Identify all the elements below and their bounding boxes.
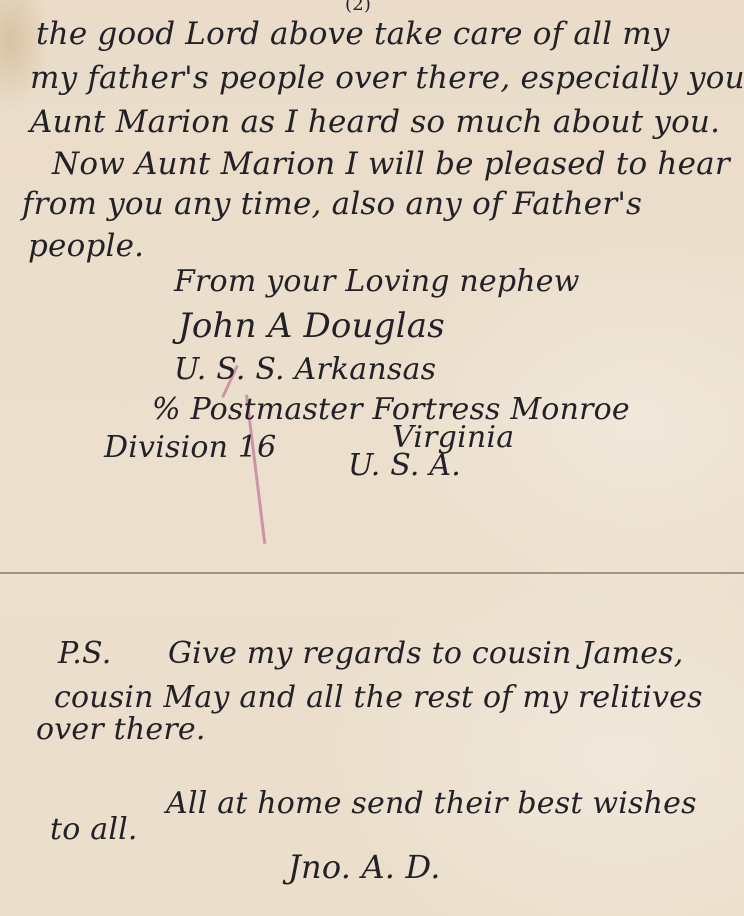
postscript-line: over there.: [36, 712, 206, 747]
postscript-label: P.S.: [58, 636, 168, 671]
wishes-line: All at home send their best wishes: [166, 786, 697, 821]
address-country: U. S. A.: [348, 448, 461, 483]
body-line: from you any time, also any of Father's: [22, 186, 642, 222]
fold-line: [0, 572, 744, 574]
postscript-line: cousin May and all the rest of my reliti…: [54, 680, 703, 715]
signature-name: John A Douglas: [178, 306, 445, 346]
body-line: the good Lord above take care of all my: [36, 16, 670, 52]
ship-name: U. S. S. Arkansas: [174, 352, 436, 387]
page-number: (2): [345, 0, 371, 15]
wishes-line: to all.: [50, 812, 138, 847]
body-line: Aunt Marion as I heard so much about you…: [30, 104, 720, 140]
postscript-text: Give my regards to cousin James,: [168, 636, 684, 671]
body-line: my father's people over there, especiall…: [30, 60, 744, 96]
initials-signature: Jno. A. D.: [288, 848, 441, 886]
postscript-line: P.S.Give my regards to cousin James,: [58, 636, 684, 671]
division: Division 16: [104, 430, 276, 465]
body-line: people.: [28, 228, 144, 264]
closing-salutation: From your Loving nephew: [174, 264, 580, 299]
body-line: Now Aunt Marion I will be pleased to hea…: [52, 146, 730, 182]
care-of-address: % Postmaster Fortress Monroe: [152, 392, 630, 427]
